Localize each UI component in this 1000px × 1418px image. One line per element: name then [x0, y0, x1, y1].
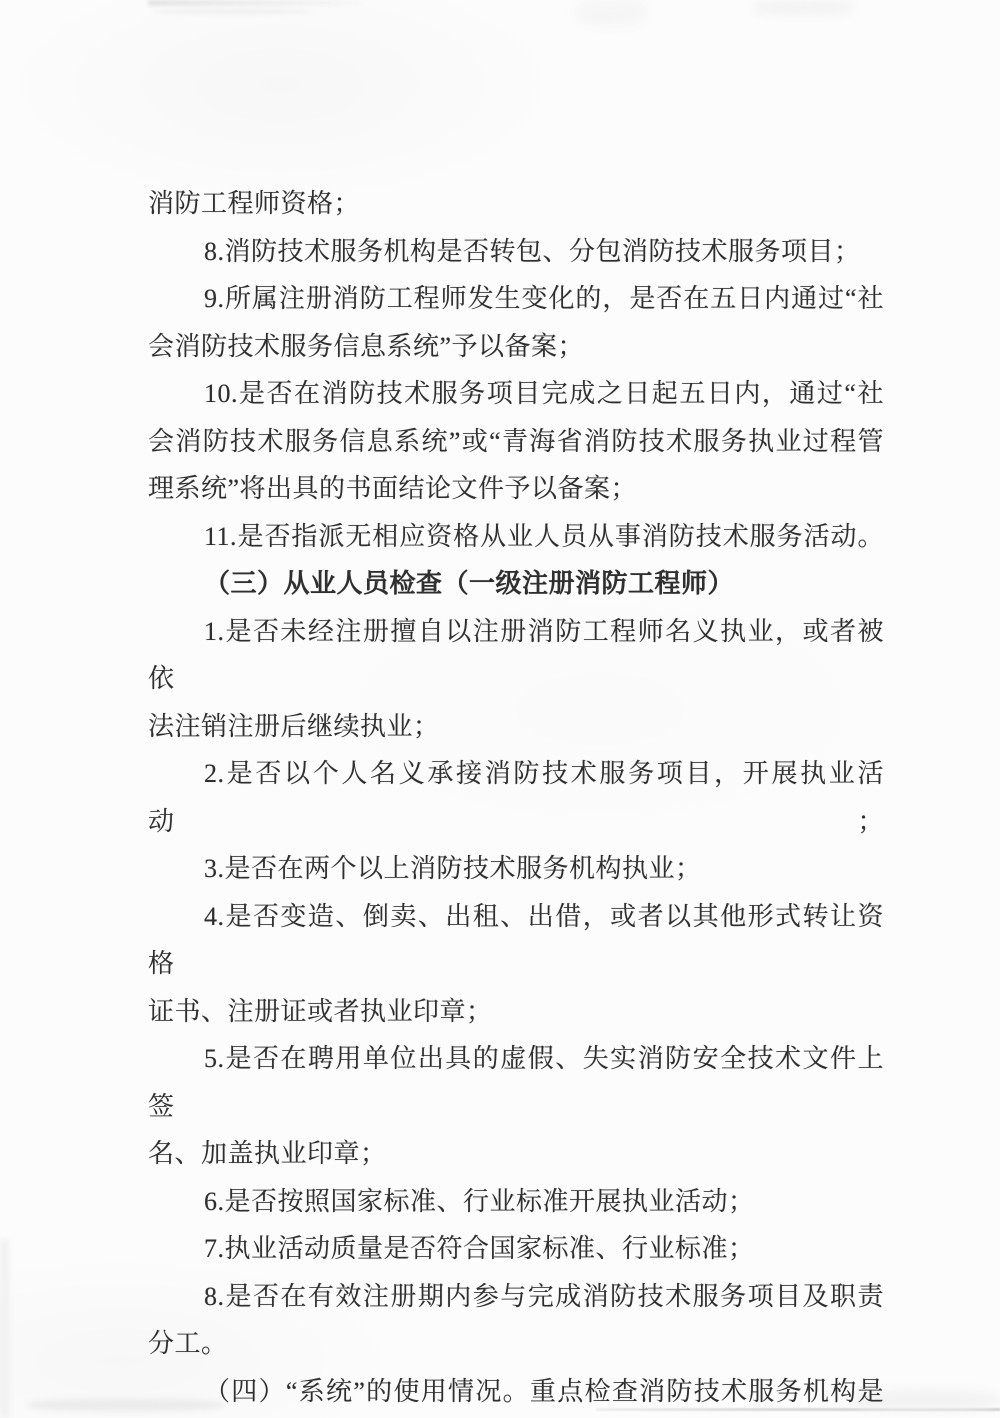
- scan-smudge-top-left-2: [152, 9, 312, 14]
- text-line-13: 3.是否在两个以上消防技术服务机构执业；: [148, 845, 884, 893]
- document-text: 消防工程师资格；8.消防技术服务机构是否转包、分包消防技术服务项目；9.所属注册…: [148, 180, 884, 1415]
- text-line-3: 9.所属注册消防工程师发生变化的，是否在五日内通过“社: [148, 275, 884, 323]
- text-line-9: （三）从业人员检查（一级注册消防工程师）: [148, 560, 884, 608]
- text-line-12: 2.是否以个人名义承接消防技术服务项目，开展执业活动；: [148, 750, 884, 845]
- text-line-5: 10.是否在消防技术服务项目完成之日起五日内，通过“社: [148, 370, 884, 418]
- text-line-15: 证书、注册证或者执业印章；: [148, 988, 884, 1036]
- scan-smudge-top-right: [753, 0, 853, 15]
- text-line-10: 1.是否未经注册擅自以注册消防工程师名义执业，或者被依: [148, 608, 884, 703]
- scan-smudge-top-mid: [575, 0, 647, 26]
- text-line-20: 8.是否在有效注册期内参与完成消防技术服务项目及职责: [148, 1273, 884, 1321]
- text-line-19: 7.执业活动质量是否符合国家标准、行业标准；: [148, 1225, 884, 1273]
- scan-smudge-left-edge: [0, 1240, 9, 1418]
- text-line-21: 分工。: [148, 1320, 884, 1368]
- text-line-1: 消防工程师资格；: [148, 180, 884, 228]
- text-line-17: 名、加盖执业印章；: [148, 1130, 884, 1178]
- text-line-18: 6.是否按照国家标准、行业标准开展执业活动；: [148, 1178, 884, 1226]
- scanned-page: 消防工程师资格；8.消防技术服务机构是否转包、分包消防技术服务项目；9.所属注册…: [0, 0, 1000, 1418]
- text-line-2: 8.消防技术服务机构是否转包、分包消防技术服务项目；: [148, 228, 884, 276]
- text-line-14: 4.是否变造、倒卖、出租、出借，或者以其他形式转让资格: [148, 893, 884, 988]
- text-line-7: 理系统”将出具的书面结论文件予以备案；: [148, 465, 884, 513]
- scan-smudge-top-left: [148, 0, 363, 6]
- text-line-22: （四）“系统”的使用情况。重点检查消防技术服务机构是: [148, 1368, 884, 1416]
- text-line-6: 会消防技术服务信息系统”或“青海省消防技术服务执业过程管: [148, 418, 884, 466]
- text-line-8: 11.是否指派无相应资格从业人员从事消防技术服务活动。: [148, 513, 884, 561]
- text-line-4: 会消防技术服务信息系统”予以备案；: [148, 323, 884, 371]
- text-line-11: 法注销注册后继续执业；: [148, 703, 884, 751]
- text-line-16: 5.是否在聘用单位出具的虚假、失实消防安全技术文件上签: [148, 1035, 884, 1130]
